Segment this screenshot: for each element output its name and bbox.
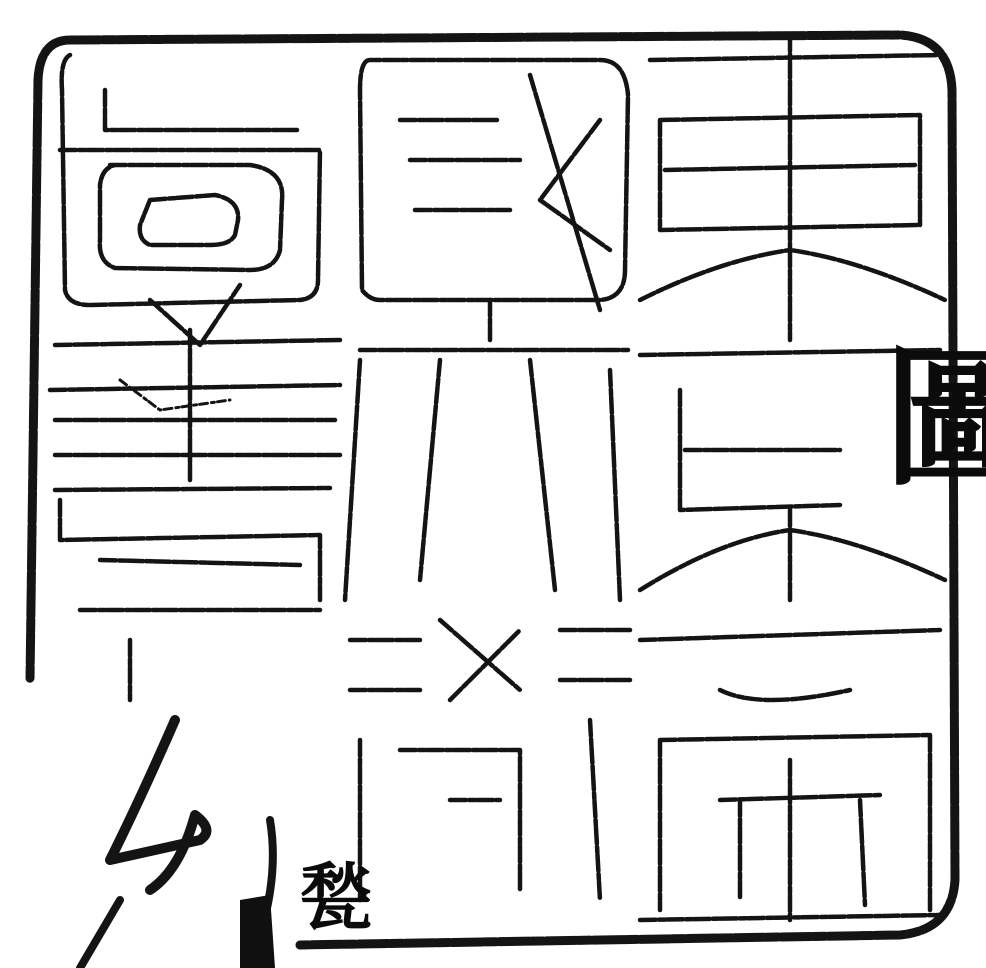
calligraphy-flourish — [80, 720, 275, 968]
bottom-mark: 甃 — [300, 830, 420, 968]
glyph-column-2-top — [360, 60, 628, 340]
glyph-column-3-top — [640, 35, 945, 340]
glyph-column-1-middle — [50, 340, 340, 700]
glyph-column-1-top — [60, 40, 330, 480]
side-seal-stamp: 圖 — [832, 352, 986, 512]
glyph-column-2-middle — [345, 350, 630, 600]
bottom-mark-char: 甃 — [300, 840, 372, 944]
glyph-column-3-bottom — [640, 630, 940, 920]
side-seal-char: 圖 — [884, 344, 986, 494]
